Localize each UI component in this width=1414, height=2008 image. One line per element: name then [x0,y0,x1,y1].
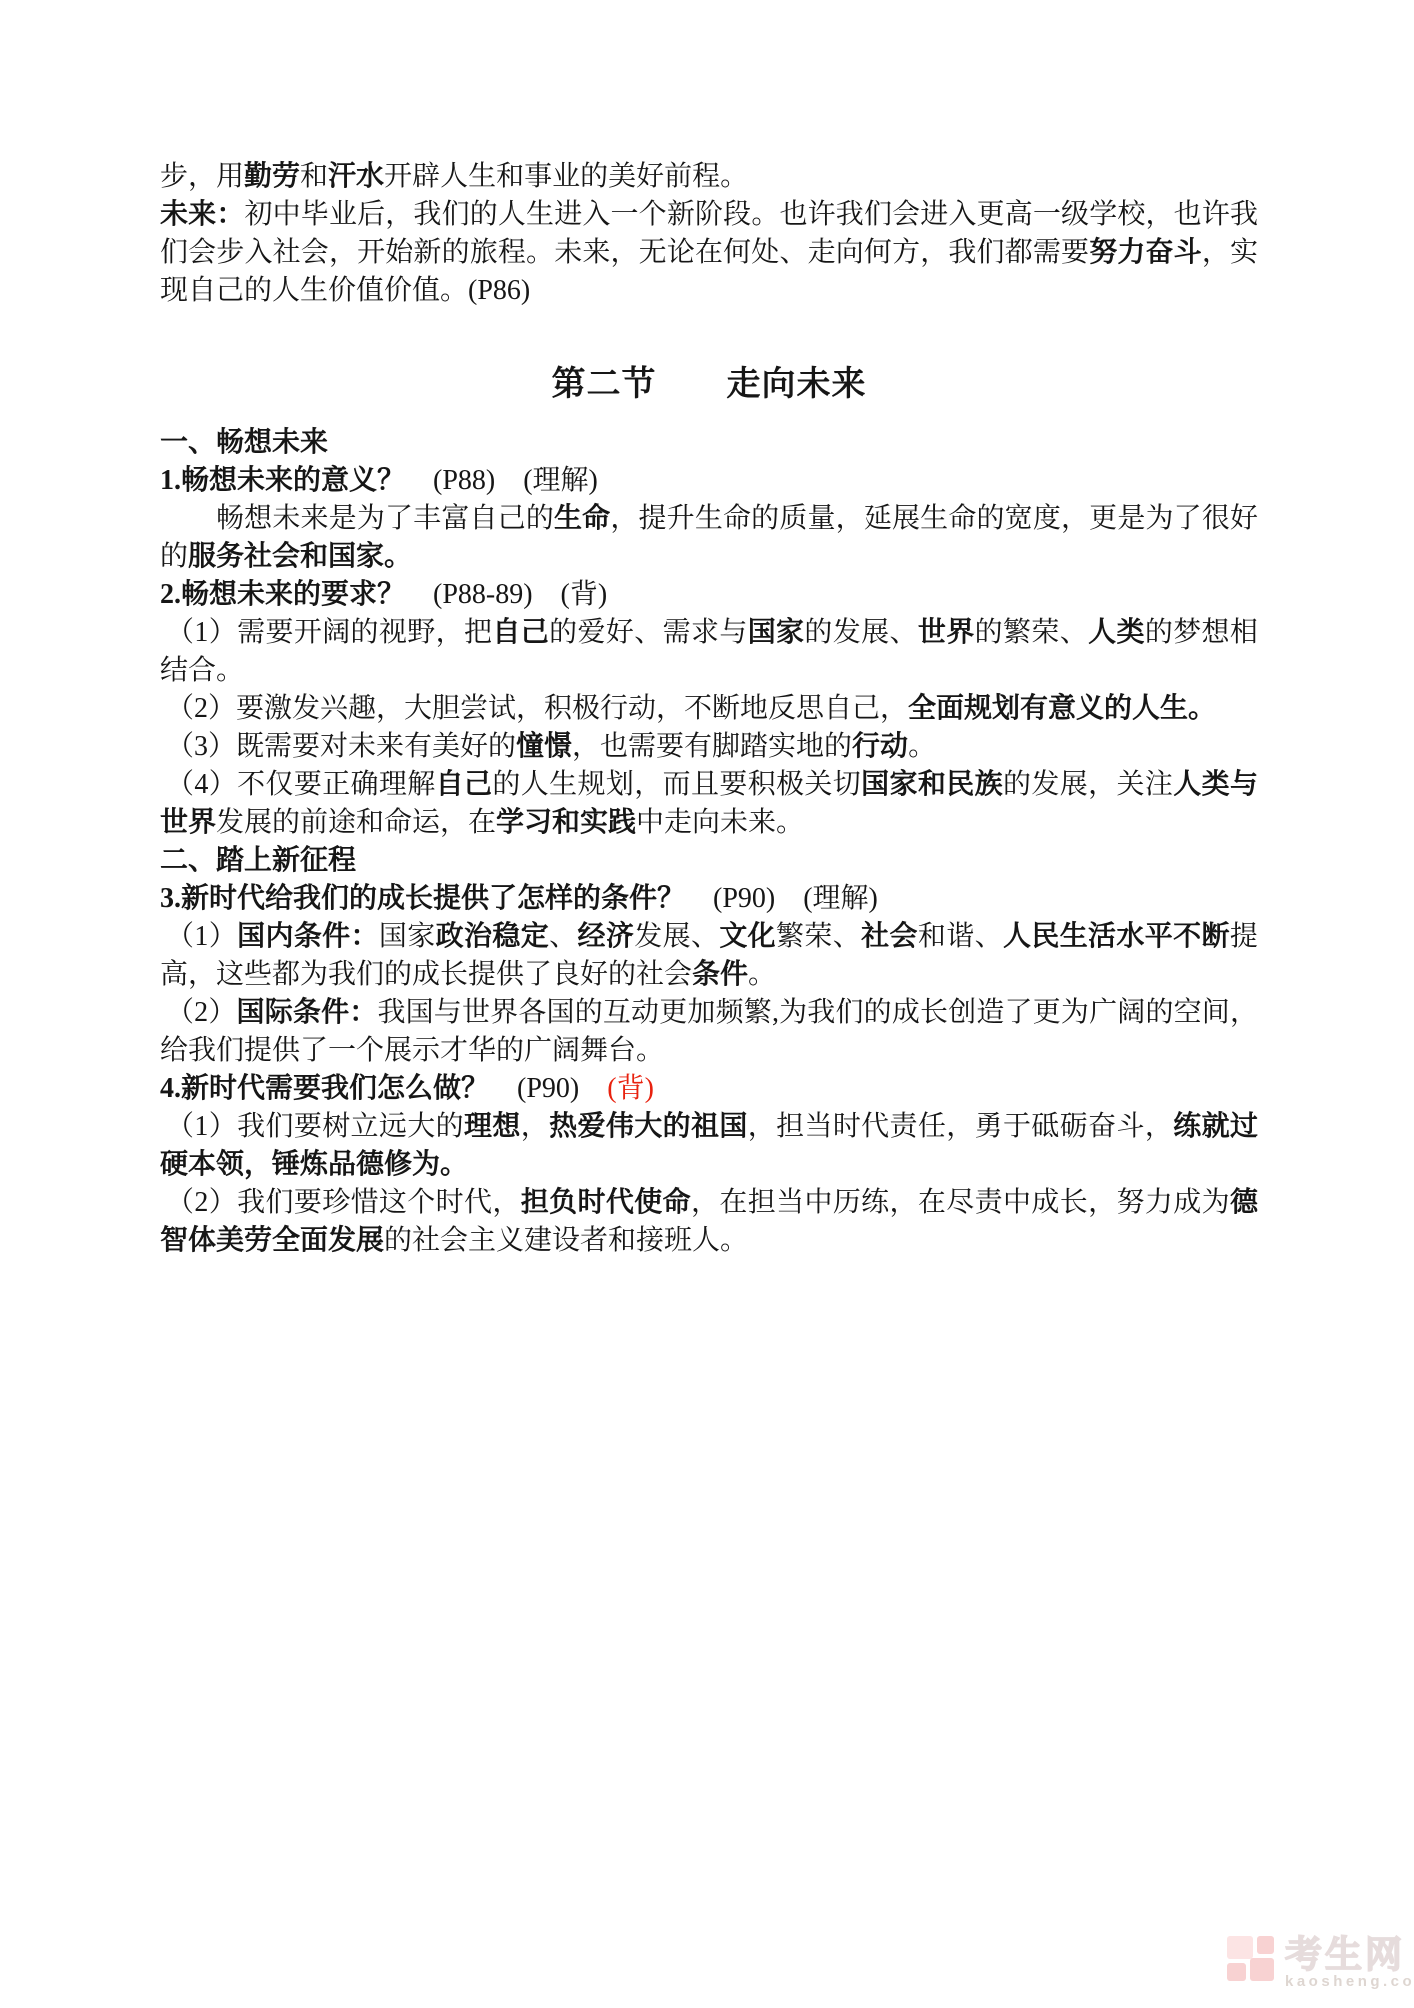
kaosheng-logo-icon [1227,1936,1275,1988]
text-run: （4）不仅要正确理解 [166,769,436,800]
bold-text: 一、畅想未来 [160,427,328,458]
bold-text: 全面规划有意义的人生。 [908,693,1216,724]
bold-text: 行动 [852,731,908,762]
bold-text: 社会 [861,921,918,952]
body: （1）需要开阔的视野，把自己的爱好、需求与国家的发展、世界的繁荣、人类的梦想相结… [160,614,1258,690]
body: （3）既需要对未来有美好的憧憬，也需要有脚踏实地的行动。 [160,728,1258,766]
text-run: ，也需要有脚踏实地的 [572,731,852,762]
bold-text: 2.畅想未来的要求？ [160,579,405,610]
question: 2.畅想未来的要求？ (P88-89) (背) [160,576,1258,614]
text-run: (P90) [489,1073,607,1104]
section-heading: 一、畅想未来 [160,424,1258,462]
red-annotation: (背) [607,1073,654,1104]
logo-block [1250,1958,1274,1981]
text-run: 的发展，关注 [1003,769,1173,800]
question: 4.新时代需要我们怎么做？ (P90) (背) [160,1070,1258,1108]
text-run: 步，用 [160,161,244,192]
text-run: (P88) (理解) [405,465,598,496]
text-run: 开辟人生和事业的美好前程。 [384,161,748,192]
watermark-text: 考生网 kaosheng.com [1285,1936,1414,1990]
bold-text: 热爱伟大的祖国 [549,1111,748,1142]
bold-text: 4.新时代需要我们怎么做？ [160,1073,489,1104]
body: （2）要激发兴趣，大胆尝试，积极行动，不断地反思自己，全面规划有意义的人生。 [160,690,1258,728]
text-run: 、 [549,921,577,952]
body: 步，用勤劳和汗水开辟人生和事业的美好前程。 [160,158,1258,196]
text-run: 发展、 [634,921,719,952]
text-run: 发展的前途和命运，在 [216,807,496,838]
document-body: 步，用勤劳和汗水开辟人生和事业的美好前程。未来：初中毕业后，我们的人生进入一个新… [160,158,1258,1260]
text-run: （2）要激发兴趣，大胆尝试，积极行动，不断地反思自己， [166,693,908,724]
text-run: 的社会主义建设者和接班人。 [384,1225,748,1256]
text-run: 国家 [379,921,436,952]
bold-text: 自己 [492,617,549,648]
text-run: 的繁荣、 [975,617,1088,648]
kaosheng-watermark: 考生网 kaosheng.com [1227,1936,1414,1990]
bold-text: 未来： [160,199,244,230]
section-heading: 二、踏上新征程 [160,842,1258,880]
bold-text: 努力奋斗 [1089,237,1202,268]
text-run: ，担当时代责任，勇于砥砺奋斗， [748,1111,1174,1142]
bold-text: 经济 [577,921,634,952]
bold-text: 政治稳定 [436,921,549,952]
body: （2）我们要珍惜这个时代，担负时代使命，在担当中历练，在尽责中成长，努力成为德智… [160,1184,1258,1260]
text-run: ，在担当中历练，在尽责中成长，努力成为 [691,1187,1230,1218]
bold-text: 世界 [918,617,975,648]
bold-text: 憧憬 [516,731,572,762]
bold-text: 3.新时代给我们的成长提供了怎样的条件？ [160,883,685,914]
logo-block [1227,1936,1253,1959]
bold-text: 人类 [1088,617,1145,648]
bold-text: 文化 [719,921,776,952]
bold-text: 理想 [464,1111,521,1142]
bold-text: 国内条件： [237,921,379,952]
logo-block [1227,1963,1246,1981]
text-run: （3）既需要对未来有美好的 [166,731,516,762]
bold-text: 学习和实践 [496,807,636,838]
question: 1.畅想未来的意义？ (P88) (理解) [160,462,1258,500]
logo-block [1257,1936,1274,1954]
chapter-heading: 第二节 走向未来 [160,362,1258,408]
watermark-brand: 考生网 [1285,1936,1414,1973]
bold-text: 勤劳 [244,161,300,192]
bold-text: 担负时代使命 [521,1187,691,1218]
text-run: 。 [908,731,936,762]
bold-text: 国际条件： [237,997,378,1028]
body: 畅想未来是为了丰富自己的生命，提升生命的质量，延展生命的宽度，更是为了很好的服务… [160,500,1258,576]
bold-text: 二、踏上新征程 [160,845,356,876]
body: 未来：初中毕业后，我们的人生进入一个新阶段。也许我们会进入更高一级学校，也许我们… [160,196,1258,310]
bold-text: 生命 [554,503,610,534]
bold-text: 国家和民族 [861,769,1003,800]
text-run: （2） [166,997,237,1028]
bold-text: 条件 [692,959,748,990]
body: （1）国内条件：国家政治稳定、经济发展、文化繁荣、社会和谐、人民生活水平不断提高… [160,918,1258,994]
text-run: 的发展、 [804,617,917,648]
text-run: 和谐、 [918,921,1003,952]
bold-text: 服务社会和国家。 [188,541,412,572]
bold-text: 汗水 [328,161,384,192]
text-run: 繁荣、 [776,921,861,952]
text-run: 畅想未来是为了丰富自己的 [216,503,554,534]
body: （1）我们要树立远大的理想，热爱伟大的祖国，担当时代责任，勇于砥砺奋斗，练就过硬… [160,1108,1258,1184]
text-run: 和 [300,161,328,192]
bold-text: 1.畅想未来的意义？ [160,465,405,496]
text-run: ， [521,1111,549,1142]
question: 3.新时代给我们的成长提供了怎样的条件？ (P90) (理解) [160,880,1258,918]
text-run: （1）我们要树立远大的 [166,1111,464,1142]
text-run: （1）需要开阔的视野，把 [166,617,492,648]
text-run: (P90) (理解) [685,883,878,914]
text-run: （2）我们要珍惜这个时代， [166,1187,521,1218]
bold-text: 自己 [436,769,493,800]
bold-text: 国家 [748,617,805,648]
body: （4）不仅要正确理解自己的人生规划，而且要积极关切国家和民族的发展，关注人类与世… [160,766,1258,842]
text-run: 的人生规划，而且要积极关切 [492,769,861,800]
text-run: (P88-89) (背) [405,579,607,610]
bold-text: 第二节 走向未来 [552,366,867,403]
text-run: 。 [748,959,776,990]
document-page: { "page": { "background": "#ffffff", "in… [0,0,1414,2008]
watermark-domain: kaosheng.com [1285,1974,1414,1990]
body: （2）国际条件：我国与世界各国的互动更加频繁,为我们的成长创造了更为广阔的空间，… [160,994,1258,1070]
text-run: （1） [166,921,237,952]
text-run: 中走向未来。 [636,807,804,838]
text-run: 的爱好、需求与 [549,617,748,648]
bold-text: 人民生活水平不断 [1003,921,1230,952]
